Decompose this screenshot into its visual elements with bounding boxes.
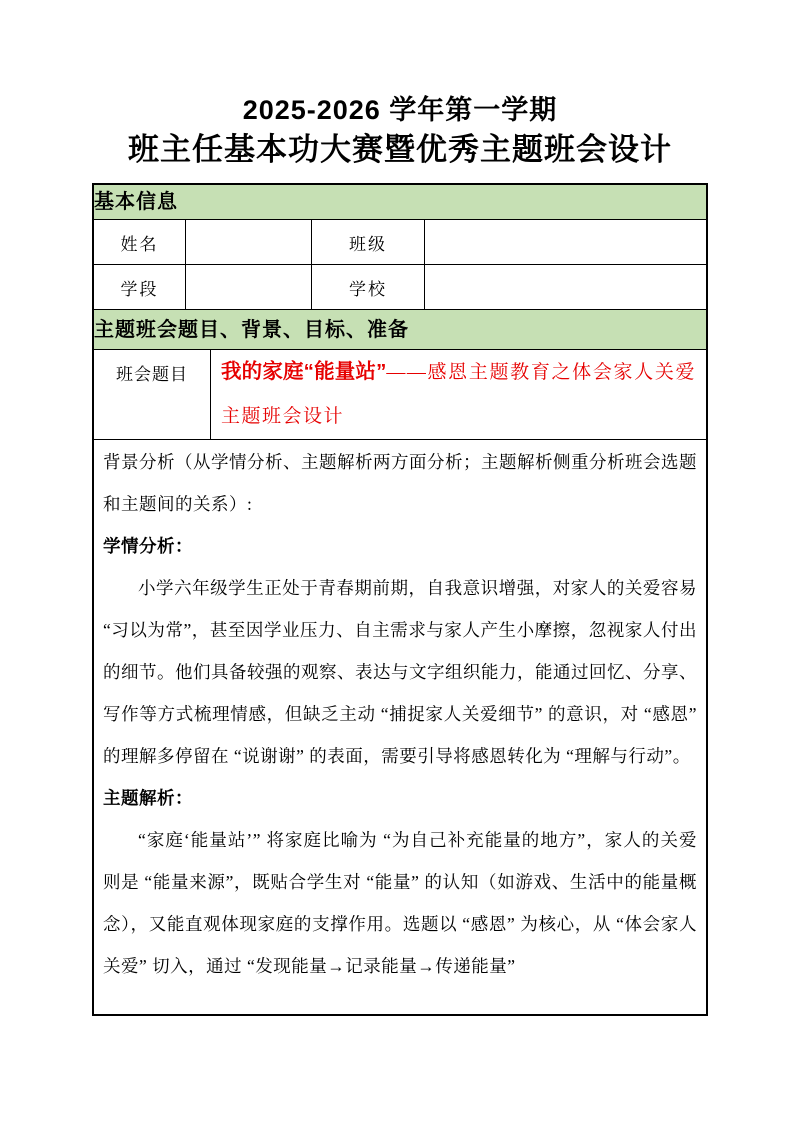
name-label: 姓名 [94, 220, 185, 264]
meeting-topic-title: 我的家庭“能量站”——感恩主题教育之体会家人关爱主题班会设计 [210, 350, 706, 439]
class-field[interactable] [424, 220, 706, 264]
table-row-stage-school: 学段 学校 [94, 264, 706, 309]
name-field[interactable] [185, 220, 311, 264]
document-title: 2025-2026 学年第一学期 班主任基本功大赛暨优秀主题班会设计 [92, 0, 708, 172]
form-table: 基本信息 姓名 班级 学段 学校 主题班会题目、背景、目标、准备 班会题目 我的… [92, 183, 708, 1016]
learning-analysis-text: 小学六年级学生正处于青春期前期，自我意识增强，对家人的关爱容易 “习以为常”，甚… [103, 567, 697, 777]
meeting-topic-label: 班会题目 [94, 350, 210, 439]
stage-field[interactable] [185, 265, 311, 309]
background-analysis-intro: 背景分析（从学情分析、主题解析两方面分析；主题解析侧重分析班会选题和主题间的关系… [103, 441, 697, 525]
theme-analysis-text: “家庭‘能量站’” 将家庭比喻为 “为自己补充能量的地方”，家人的关爱则是 “能… [103, 819, 697, 987]
title-semester: 2025-2026 学年第一学期 [92, 92, 708, 128]
section-header-basic-info: 基本信息 [94, 185, 706, 219]
stage-label: 学段 [94, 265, 185, 309]
title-competition: 班主任基本功大赛暨优秀主题班会设计 [92, 128, 708, 172]
table-row-background-analysis: 背景分析（从学情分析、主题解析两方面分析；主题解析侧重分析班会选题和主题间的关系… [94, 439, 706, 1014]
learning-analysis-label: 学情分析： [103, 525, 697, 567]
class-label: 班级 [311, 220, 424, 264]
table-row-meeting-topic: 班会题目 我的家庭“能量站”——感恩主题教育之体会家人关爱主题班会设计 [94, 349, 706, 439]
document-page: 2025-2026 学年第一学期 班主任基本功大赛暨优秀主题班会设计 基本信息 … [0, 0, 793, 1122]
meeting-topic-title-bold: 我的家庭“能量站” [221, 360, 386, 383]
section-header-topic-background: 主题班会题目、背景、目标、准备 [94, 309, 706, 349]
background-analysis-cell: 背景分析（从学情分析、主题解析两方面分析；主题解析侧重分析班会选题和主题间的关系… [94, 440, 706, 1014]
table-row-name-class: 姓名 班级 [94, 219, 706, 264]
theme-analysis-label: 主题解析： [103, 777, 697, 819]
school-label: 学校 [311, 265, 424, 309]
school-field[interactable] [424, 265, 706, 309]
document-content: 2025-2026 学年第一学期 班主任基本功大赛暨优秀主题班会设计 基本信息 … [92, 0, 708, 1016]
